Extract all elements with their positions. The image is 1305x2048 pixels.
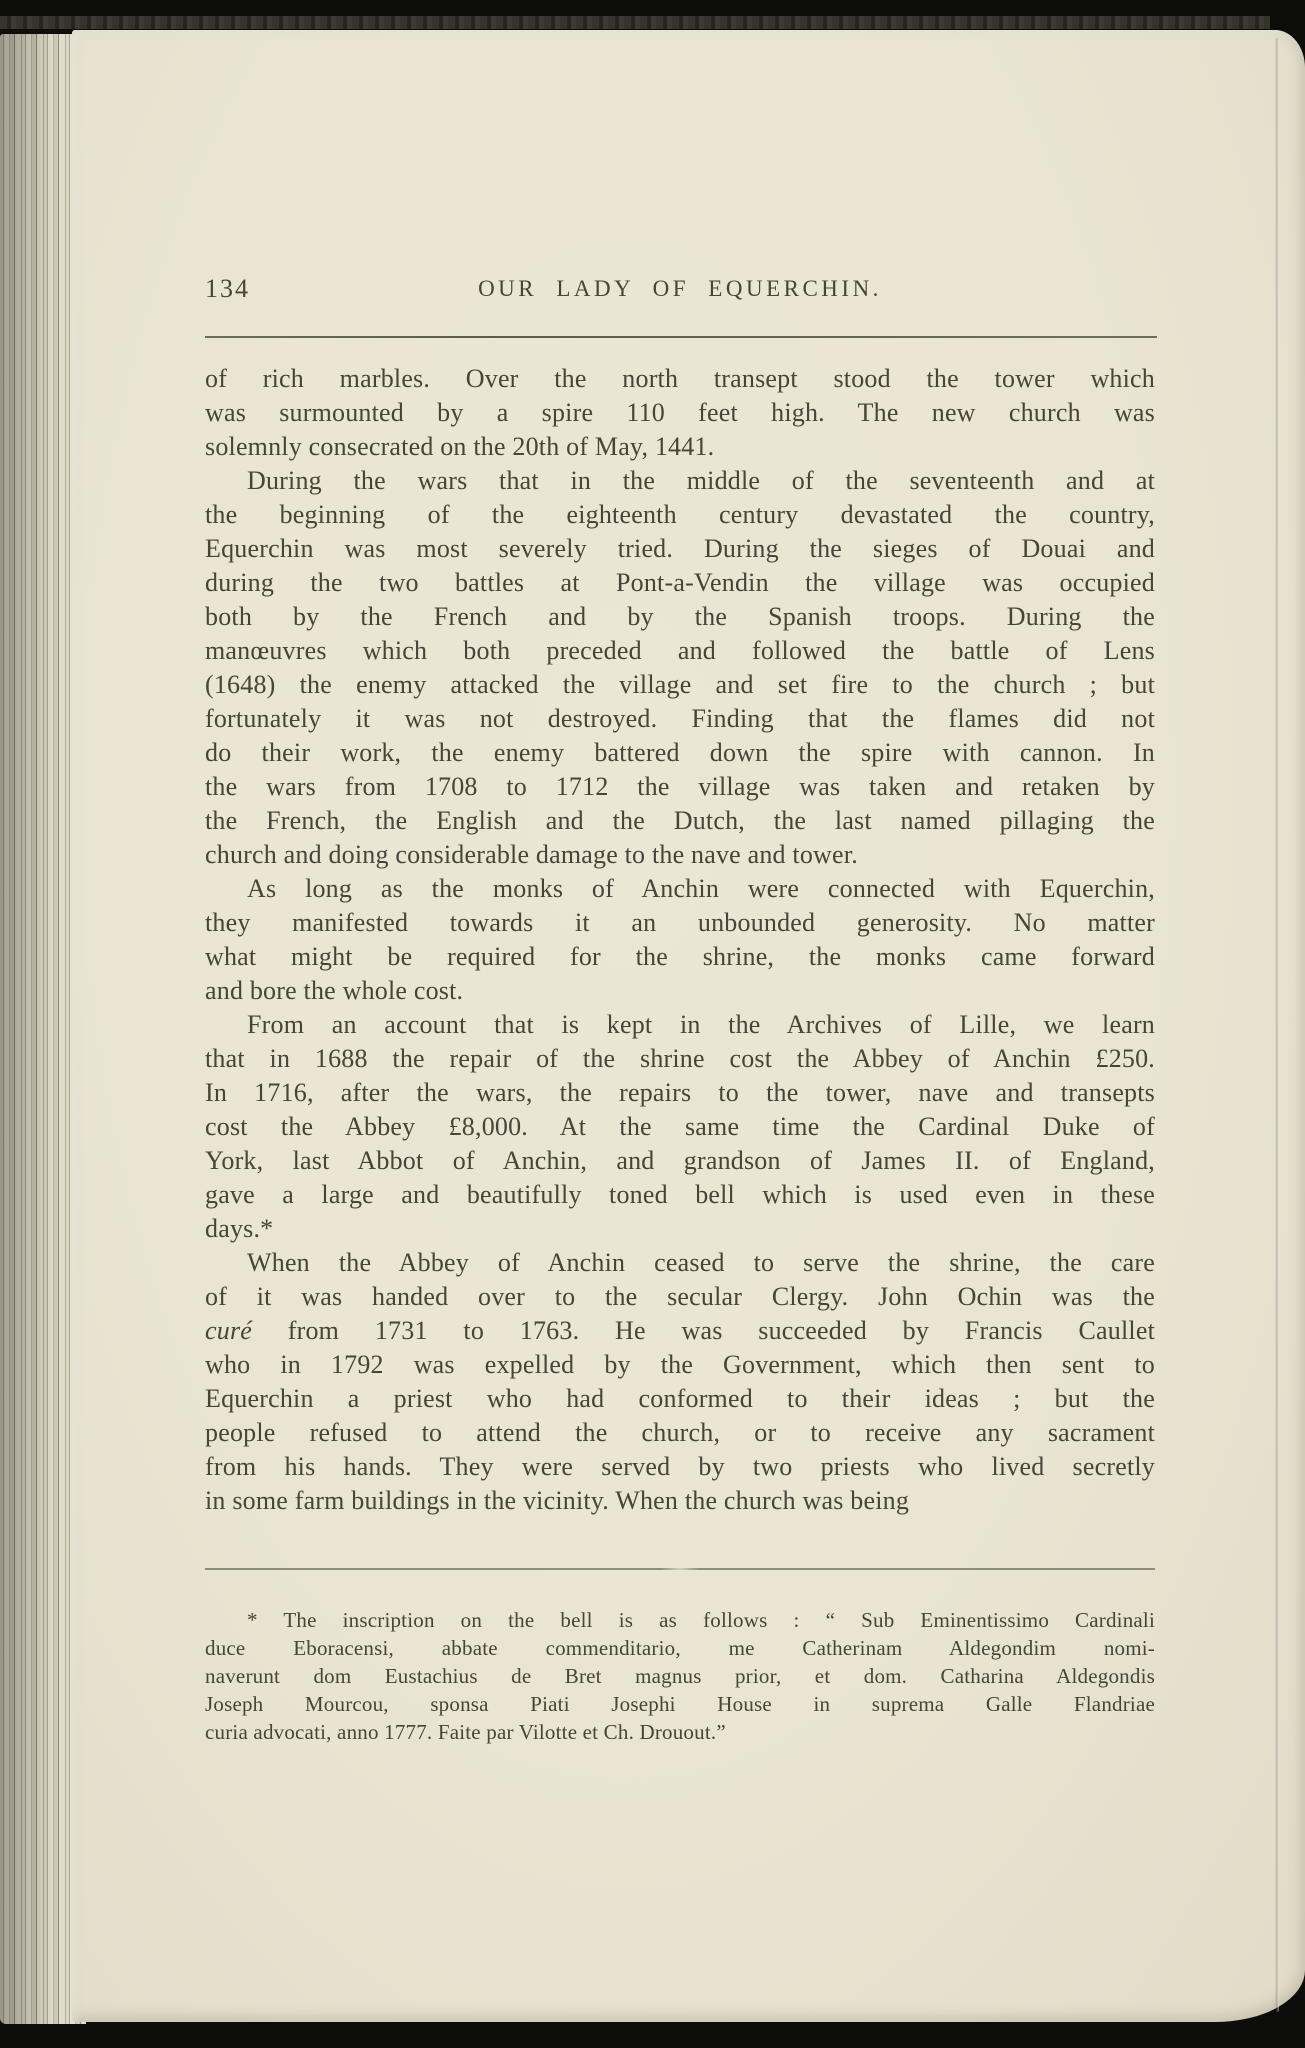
- binding-cloth-strip: [0, 16, 1270, 29]
- paragraph: of rich marbles. Over the north transept…: [205, 362, 1155, 464]
- text-line: what might be required for the shrine, t…: [205, 940, 1155, 974]
- text-line: of it was handed over to the secular Cle…: [205, 1280, 1155, 1314]
- text-line: York, last Abbot of Anchin, and grandson…: [205, 1144, 1155, 1178]
- footnote-rule: [205, 1568, 1155, 1570]
- text-line: manœuvres which both preceded and follow…: [205, 634, 1155, 668]
- text-line: from his hands. They were served by two …: [205, 1450, 1155, 1484]
- text-line: of rich marbles. Over the north transept…: [205, 362, 1155, 396]
- text-line: both by the French and by the Spanish tr…: [205, 600, 1155, 634]
- text-line: the French, the English and the Dutch, t…: [205, 804, 1155, 838]
- text-line: curia advocati, anno 1777. Faite par Vil…: [205, 1718, 1155, 1746]
- text-line: gave a large and beautifully toned bell …: [205, 1178, 1155, 1212]
- body-text: of rich marbles. Over the north transept…: [205, 362, 1155, 1518]
- text-line: that in 1688 the repair of the shrine co…: [205, 1042, 1155, 1076]
- text-line: Joseph Mourcou, sponsa Piati Josephi Hou…: [205, 1690, 1155, 1718]
- text-line: * The inscription on the bell is as foll…: [205, 1606, 1155, 1634]
- text-line: people refused to attend the church, or …: [205, 1416, 1155, 1450]
- paragraph: As long as the monks of Anchin were conn…: [205, 872, 1155, 1008]
- text-line: (1648) the enemy attacked the village an…: [205, 668, 1155, 702]
- text-line: fortunately it was not destroyed. Findin…: [205, 702, 1155, 736]
- text-line: days.*: [205, 1212, 1155, 1246]
- text-line: From an account that is kept in the Arch…: [205, 1008, 1155, 1042]
- text-line: duce Eboracensi, abbate commenditario, m…: [205, 1634, 1155, 1662]
- book-photograph: { "page": { "number": "134", "running_he…: [0, 0, 1305, 2048]
- paragraph: During the wars that in the middle of th…: [205, 464, 1155, 872]
- text-line: When the Abbey of Anchin ceased to serve…: [205, 1246, 1155, 1280]
- text-line: and bore the whole cost.: [205, 974, 1155, 1008]
- page-fore-edge-crease: [1275, 38, 1279, 2012]
- text-line: In 1716, after the wars, the repairs to …: [205, 1076, 1155, 1110]
- text-line: in some farm buildings in the vicinity. …: [205, 1484, 1155, 1518]
- text-line: During the wars that in the middle of th…: [205, 464, 1155, 498]
- text-line: the beginning of the eighteenth century …: [205, 498, 1155, 532]
- text-line: was surmounted by a spire 110 feet high.…: [205, 396, 1155, 430]
- paragraph: From an account that is kept in the Arch…: [205, 1008, 1155, 1246]
- text-line: Equerchin was most severely tried. Durin…: [205, 532, 1155, 566]
- text-line: during the two battles at Pont-a-Vendin …: [205, 566, 1155, 600]
- text-line: who in 1792 was expelled by the Governme…: [205, 1348, 1155, 1382]
- text-line: naverunt dom Eustachius de Bret magnus p…: [205, 1662, 1155, 1690]
- paragraph: When the Abbey of Anchin ceased to serve…: [205, 1246, 1155, 1518]
- text-line: church and doing considerable damage to …: [205, 838, 1155, 872]
- text-line: they manifested towards it an unbounded …: [205, 906, 1155, 940]
- paragraph: * The inscription on the bell is as foll…: [205, 1606, 1155, 1746]
- text-line: do their work, the enemy battered down t…: [205, 736, 1155, 770]
- footnote-text: * The inscription on the bell is as foll…: [205, 1606, 1155, 1746]
- text-line: Equerchin a priest who had conformed to …: [205, 1382, 1155, 1416]
- text-line: solemnly consecrated on the 20th of May,…: [205, 430, 1155, 464]
- header-rule: [205, 336, 1157, 338]
- text-line: the wars from 1708 to 1712 the village w…: [205, 770, 1155, 804]
- text-line: As long as the monks of Anchin were conn…: [205, 872, 1155, 906]
- running-header: OUR LADY OF EQUERCHIN.: [205, 276, 1155, 302]
- text-line: curé from 1731 to 1763. He was succeeded…: [205, 1314, 1155, 1348]
- text-line: cost the Abbey £8,000. At the same time …: [205, 1110, 1155, 1144]
- page-surface: 134 OUR LADY OF EQUERCHIN. of rich marbl…: [72, 30, 1305, 2022]
